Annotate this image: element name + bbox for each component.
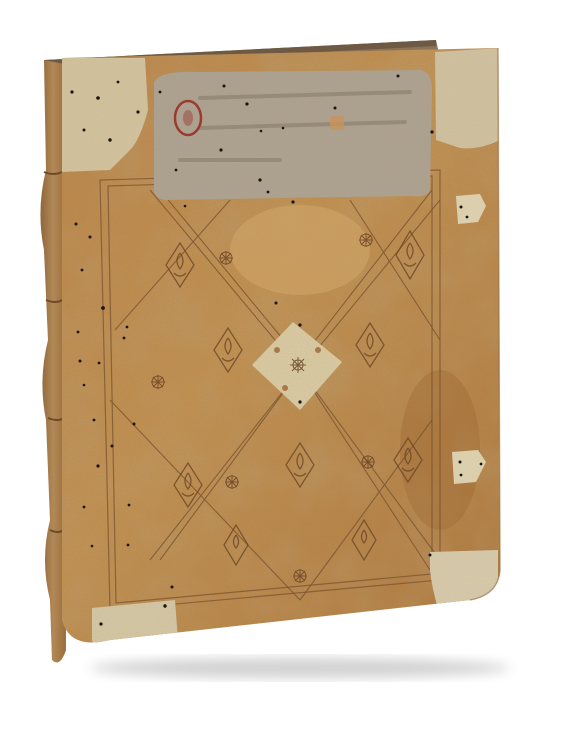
rosette-stamp <box>293 569 307 583</box>
front-cover <box>40 30 520 670</box>
drop-shadow <box>90 658 510 678</box>
rosette-stamp <box>151 375 165 389</box>
rosette-stamp <box>359 233 373 247</box>
rosette-stamp <box>219 251 233 265</box>
rosette-stamp <box>225 475 239 489</box>
book-photo <box>0 0 570 742</box>
cover-label <box>154 70 432 200</box>
boss-rosette <box>290 357 306 373</box>
rosette-stamp <box>361 455 375 469</box>
book-illustration <box>0 0 570 742</box>
